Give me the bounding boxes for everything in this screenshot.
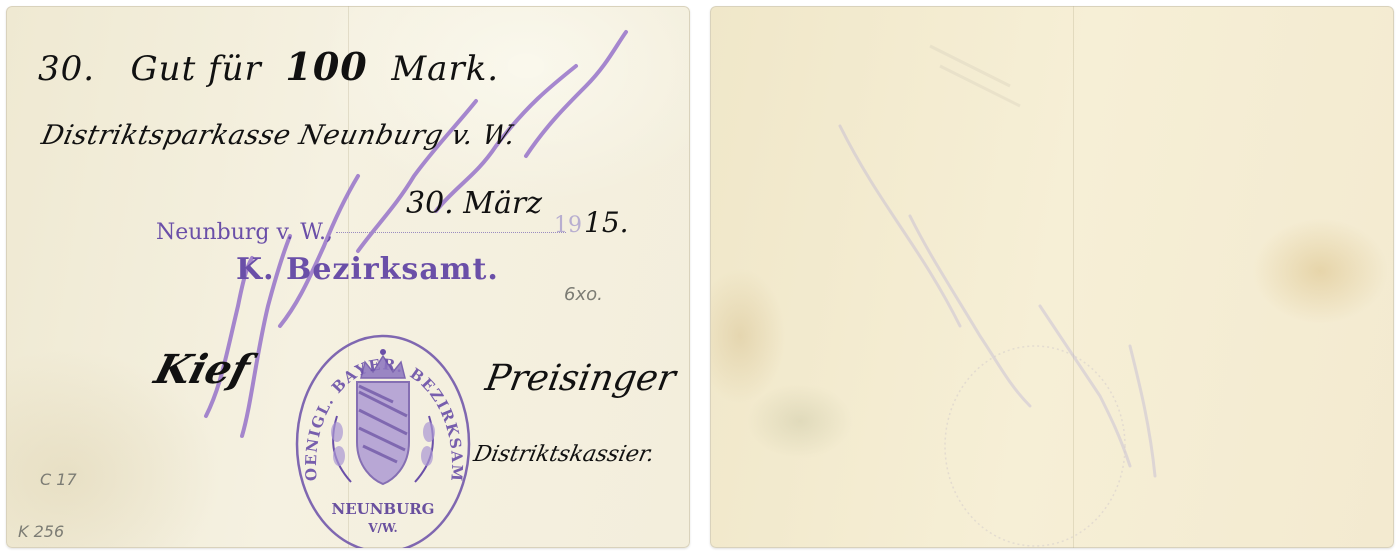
official-seal: KOENIGL. BAYER. BEZIRKSAMT NEUNBURG V/W.	[293, 332, 473, 548]
place-stamp: Neunburg v. W.,	[156, 220, 333, 245]
ink-bleed-through	[710, 6, 1394, 548]
seal-graphic: KOENIGL. BAYER. BEZIRKSAMT NEUNBURG V/W.	[293, 332, 473, 548]
office-stamp: K. Bezirksamt.	[236, 252, 499, 287]
svg-text:V/W.: V/W.	[367, 521, 397, 535]
pencil-note-gxo: 6xo.	[564, 284, 603, 305]
serial-number: 30.	[38, 49, 95, 89]
signature-right-title: Distriktskassier.	[471, 442, 656, 467]
pencil-note-c: C 17	[40, 470, 77, 489]
serial-and-value-line: 30. Gut für 100 Mark.	[38, 44, 499, 89]
value-amount: 100	[285, 44, 367, 89]
value-currency: Mark.	[391, 49, 499, 89]
note-front: 30. Gut für 100 Mark. Distriktsparkasse …	[6, 6, 690, 548]
svg-text:NEUNBURG: NEUNBURG	[332, 500, 435, 518]
signature-left: Kief	[150, 346, 255, 393]
issuer-line: Distriktsparkasse Neunburg v. W.	[39, 120, 519, 151]
signature-right: Preisinger	[482, 358, 678, 399]
date-dotted-line	[336, 232, 566, 233]
value-prefix: Gut für	[131, 49, 262, 89]
pencil-note-k: K 256	[18, 522, 64, 541]
fold-line	[1073, 6, 1074, 548]
handwritten-year: 15.	[584, 206, 629, 239]
handwritten-date: 30. März	[406, 186, 542, 221]
printed-year: 1915.	[554, 206, 629, 239]
note-back	[710, 6, 1394, 548]
